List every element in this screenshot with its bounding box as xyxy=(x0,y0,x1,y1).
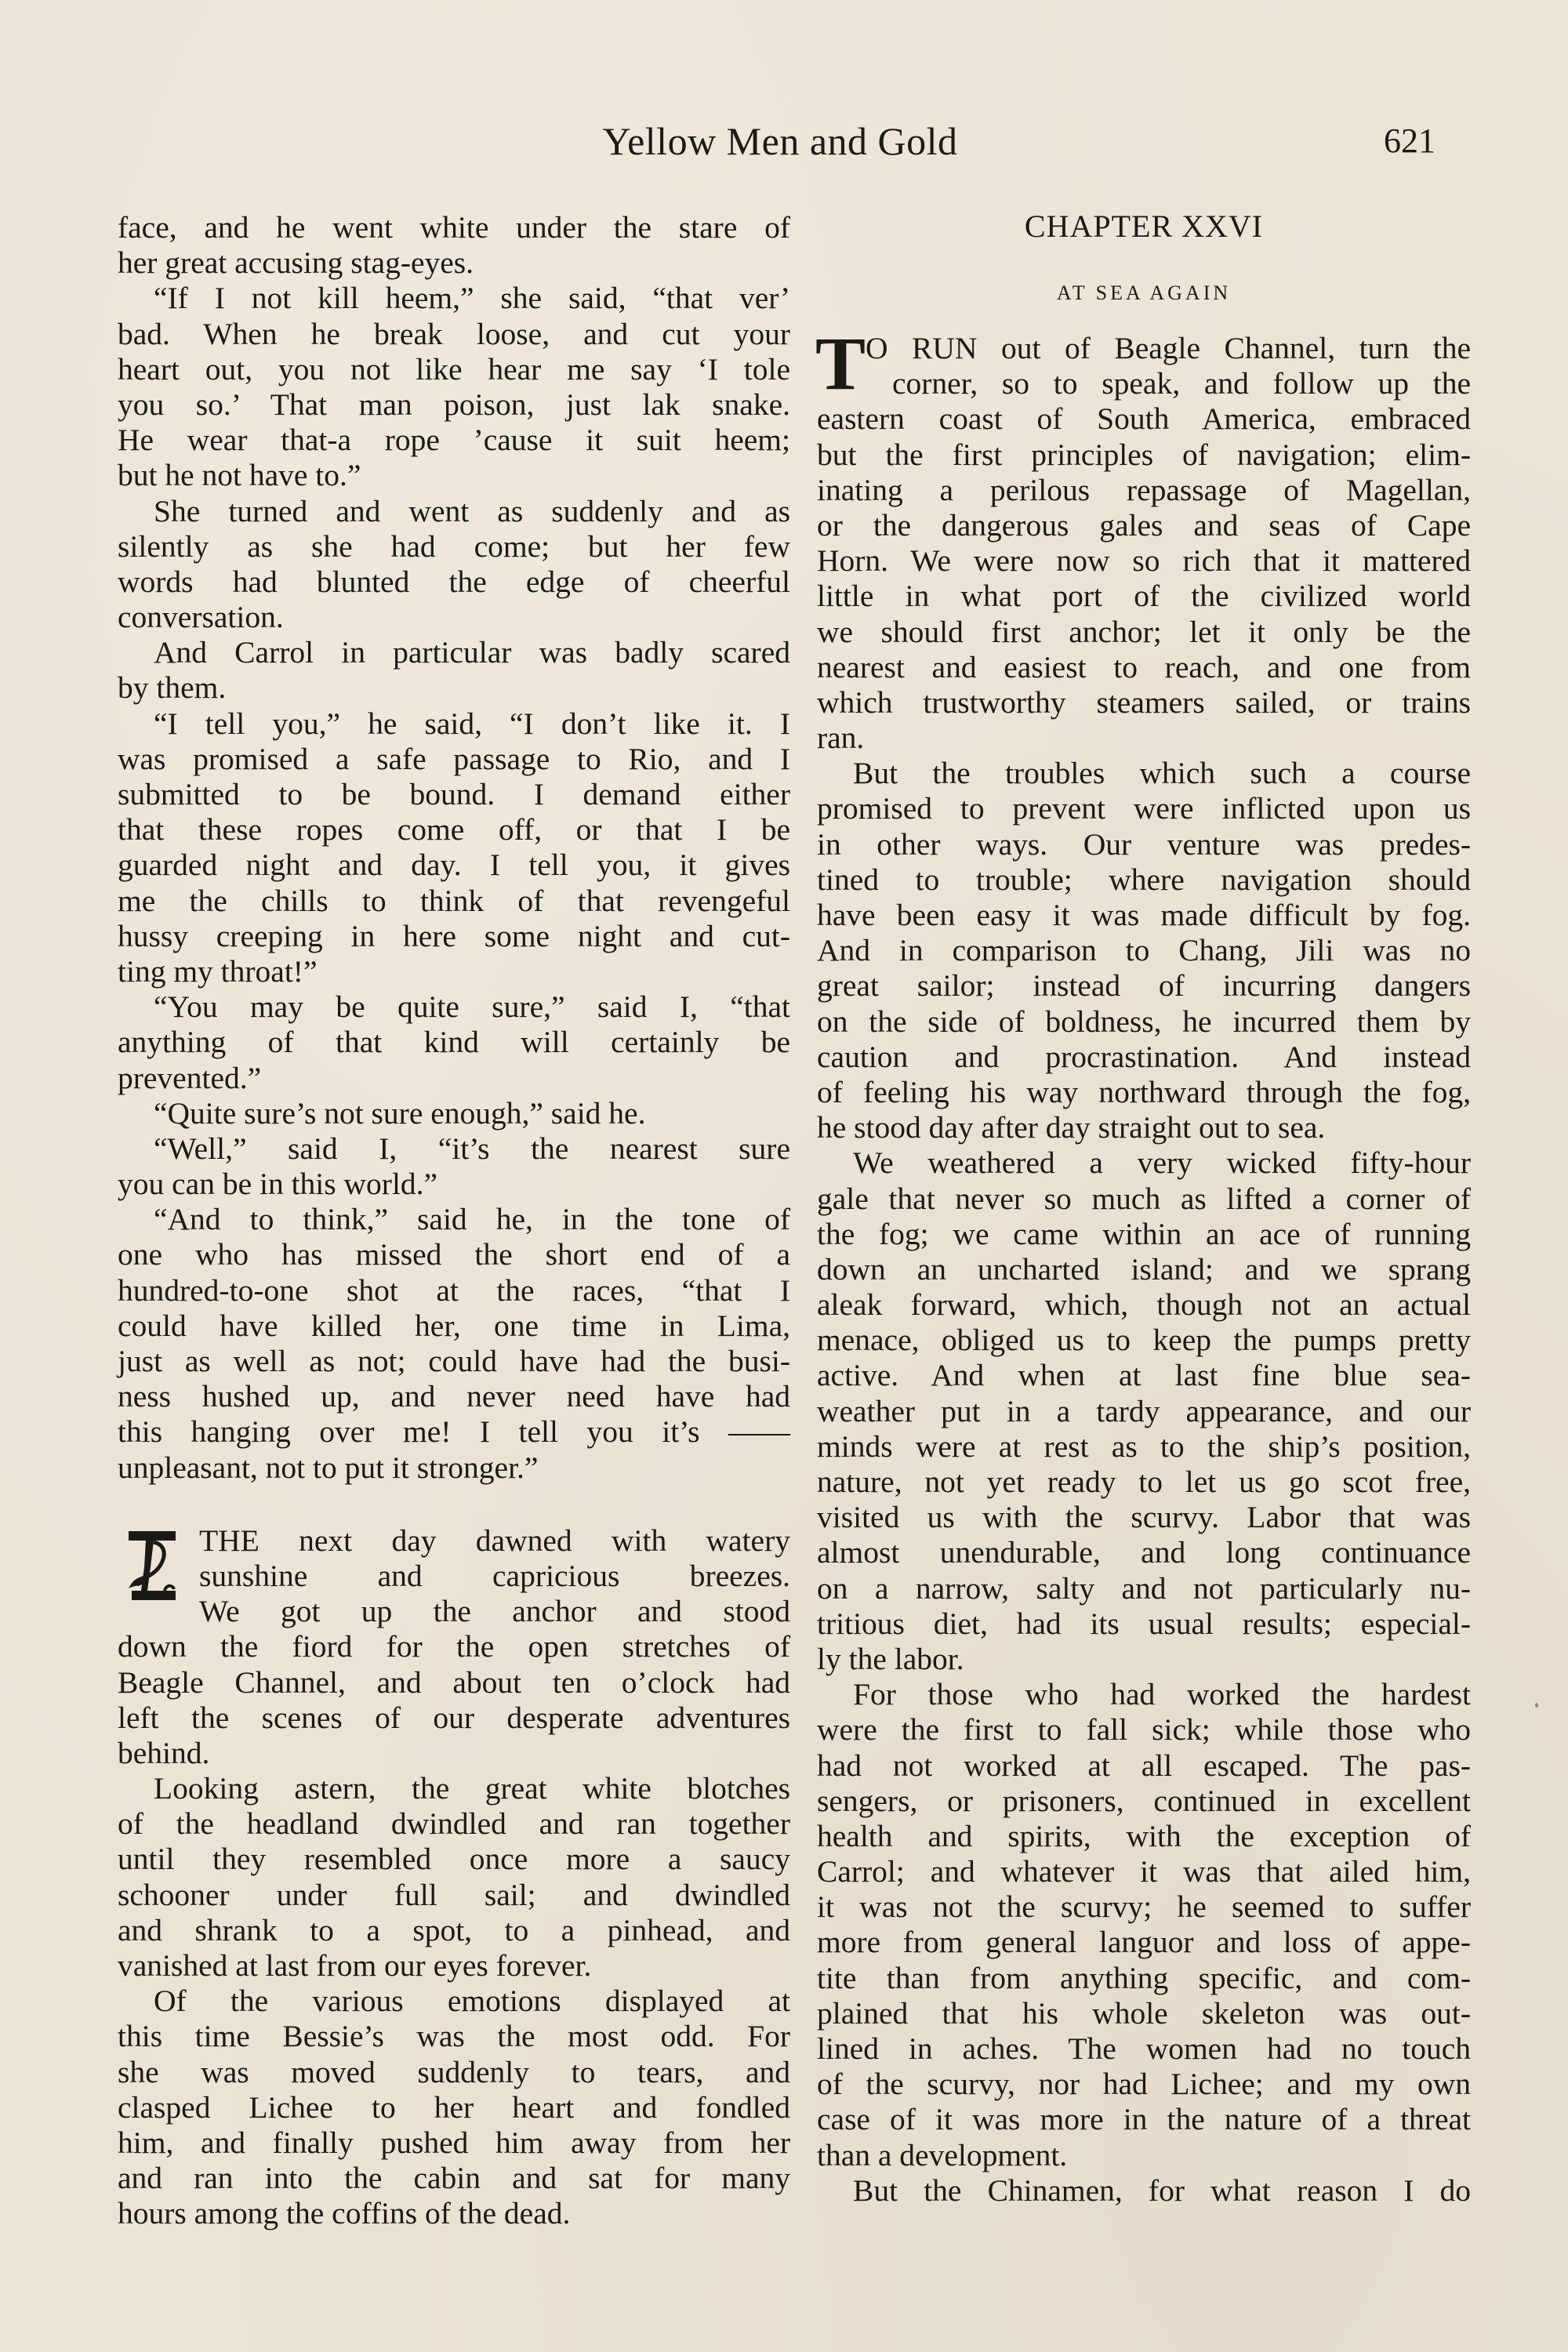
text-line: silently as she had come; but her few xyxy=(118,529,790,564)
text-line: down an uncharted island; and we sprang xyxy=(817,1252,1471,1287)
text-line: guarded night and day. I tell you, it gi… xyxy=(118,848,790,883)
text-line: And Carrol in particular was badly scare… xyxy=(118,635,790,670)
page-number: 621 xyxy=(1384,118,1436,165)
text-line: She turned and went as suddenly and as xyxy=(118,494,790,529)
text-line: Horn. We were now so rich that it matter… xyxy=(817,543,1471,579)
text-line: But the troubles which such a course xyxy=(817,756,1471,791)
text-line: sengers, or prisoners, continued in exce… xyxy=(817,1784,1471,1819)
text-line: But the Chinamen, for what reason I do xyxy=(817,2173,1471,2209)
text-line: words had blunted the edge of cheerful xyxy=(118,564,790,600)
text-line: plained that his whole skeleton was out- xyxy=(817,1996,1471,2031)
text-line: sunshine and capricious breezes. xyxy=(118,1559,790,1594)
text-line: until they resembled once more a saucy xyxy=(118,1842,790,1877)
text-line: health and spirits, with the exception o… xyxy=(817,1819,1471,1854)
text-line: on the side of boldness, he incurred the… xyxy=(817,1004,1471,1040)
text-line: just as well as not; could have had the … xyxy=(118,1344,790,1379)
text-line: had not worked at all escaped. The pas- xyxy=(817,1748,1471,1784)
text-line: she was moved suddenly to tears, and xyxy=(118,2055,790,2090)
text-line: he stood day after day straight out to s… xyxy=(817,1110,1471,1145)
text-line: prevented.” xyxy=(118,1061,790,1096)
text-line: clasped Lichee to her heart and fondled xyxy=(118,2090,790,2125)
text-line: Carrol; and whatever it was that ailed h… xyxy=(817,1854,1471,1889)
text-line: ting my throat!” xyxy=(118,954,790,989)
text-line: visited us with the scurvy. Labor that w… xyxy=(817,1500,1471,1535)
text-line: behind. xyxy=(118,1736,790,1771)
left-column: face, and he went white under the stare … xyxy=(118,210,790,2232)
text-line: could have killed her, one time in Lima, xyxy=(118,1308,790,1344)
chapter-heading: CHAPTER XXVI xyxy=(817,207,1471,246)
text-line: down the fiord for the open stretches of xyxy=(118,1629,790,1664)
text-line: little in what port of the civilized wor… xyxy=(817,579,1471,614)
chapter-opening-paragraph: T O RUN out of Beagle Channel, turn the … xyxy=(817,331,1471,756)
text-line: For those who had worked the hardest xyxy=(817,1677,1471,1712)
text-line: and ran into the cabin and sat for many xyxy=(118,2161,790,2196)
text-line: of the headland dwindled and ran togethe… xyxy=(118,1806,790,1842)
text-line: of the scurvy, nor had Lichee; and my ow… xyxy=(817,2067,1471,2102)
text-line: hussy creeping in here some night and cu… xyxy=(118,919,790,954)
text-line: inating a perilous repassage of Magellan… xyxy=(817,473,1471,508)
text-line: this hanging over me! I tell you it’s —— xyxy=(118,1414,790,1450)
text-line: it was not the scurvy; he seemed to suff… xyxy=(817,1889,1471,1925)
text-line: this time Bessie’s was the most odd. For xyxy=(118,2019,790,2054)
text-line: and shrank to a spot, to a pinhead, and xyxy=(118,1913,790,1948)
text-line: that these ropes come off, or that I be xyxy=(118,812,790,848)
text-line: hours among the coffins of the dead. xyxy=(118,2196,790,2231)
text-line: promised to prevent were inflicted upon … xyxy=(817,791,1471,826)
text-line: We weathered a very wicked fifty-hour xyxy=(817,1145,1471,1181)
text-line: or the dangerous gales and seas of Cape xyxy=(817,508,1471,543)
text-line: more from general languor and loss of ap… xyxy=(817,1925,1471,1960)
text-line: THE next day dawned with watery xyxy=(118,1523,790,1559)
text-line: “You may be quite sure,” said I, “that xyxy=(118,989,790,1025)
text-line: great sailor; instead of incurring dange… xyxy=(817,968,1471,1004)
book-page: Yellow Men and Gold 621 face, and he wen… xyxy=(0,0,1568,2352)
text-line: menace, obliged us to keep the pumps pre… xyxy=(817,1323,1471,1358)
text-line: bad. When he break loose, and cut your xyxy=(118,317,790,352)
text-line: tritious diet, had its usual results; es… xyxy=(817,1606,1471,1642)
text-line: nearest and easiest to reach, and one fr… xyxy=(817,650,1471,685)
text-line: left the scenes of our desperate adventu… xyxy=(118,1700,790,1736)
text-line: on a narrow, salty and not particularly … xyxy=(817,1571,1471,1606)
text-line: conversation. xyxy=(118,600,790,635)
text-line: the fog; we came within an ace of runnin… xyxy=(817,1217,1471,1252)
drop-cap: T xyxy=(815,332,866,395)
text-line: hundred-to-one shot at the races, “that … xyxy=(118,1273,790,1308)
text-line: of feeling his way northward through the… xyxy=(817,1075,1471,1110)
text-line: we should first anchor; let it only be t… xyxy=(817,615,1471,650)
text-line: active. And when at last fine blue sea- xyxy=(817,1358,1471,1393)
text-line: submitted to be bound. I demand either xyxy=(118,777,790,812)
text-line: Beagle Channel, and about ten o’clock ha… xyxy=(118,1665,790,1700)
text-line: Looking astern, the great white blotches xyxy=(118,1771,790,1806)
text-line: minds were at rest as to the ship’s posi… xyxy=(817,1429,1471,1465)
text-line: “And to think,” said he, in the tone of xyxy=(118,1202,790,1237)
text-line: “I tell you,” he said, “I don’t like it.… xyxy=(118,706,790,742)
text-line: tite than from anything specific, and co… xyxy=(817,1961,1471,1996)
section-break xyxy=(118,1486,790,1523)
text-line: schooner under full sail; and dwindled xyxy=(118,1878,790,1913)
text-line: corner, so to speak, and follow up the xyxy=(817,366,1471,401)
text-line: weather put in a tardy appearance, and o… xyxy=(817,1394,1471,1429)
text-line: tined to trouble; where navigation shoul… xyxy=(817,862,1471,898)
text-line: her great accusing stag-eyes. xyxy=(118,245,790,281)
text-line: almost unendurable, and long continuance xyxy=(817,1535,1471,1570)
text-line: anything of that kind will certainly be xyxy=(118,1025,790,1060)
section-two-paragraph: THE next day dawned with watery sunshine… xyxy=(118,1523,790,2232)
text-line: have been easy it was made difficult by … xyxy=(817,898,1471,933)
text-line: case of it was more in the nature of a t… xyxy=(817,2102,1471,2137)
text-line: O RUN out of Beagle Channel, turn the xyxy=(817,331,1471,366)
text-line: in other ways. Our venture was predes- xyxy=(817,827,1471,862)
running-title: Yellow Men and Gold xyxy=(561,118,1000,165)
text-line: lined in aches. The women had no touch xyxy=(817,2031,1471,2067)
text-line: but he not have to.” xyxy=(118,458,790,493)
text-line: heart out, you not like hear me say ‘I t… xyxy=(118,352,790,387)
text-line: was promised a safe passage to Rio, and … xyxy=(118,742,790,777)
text-line: ran. xyxy=(817,720,1471,756)
ornamental-initial-icon xyxy=(127,1528,177,1603)
text-line: nature, not yet ready to let us go scot … xyxy=(817,1465,1471,1500)
text-line: vanished at last from our eyes forever. xyxy=(118,1948,790,1984)
text-line: you so.’ That man poison, just lak snake… xyxy=(118,387,790,423)
text-line: ness hushed up, and never need have had xyxy=(118,1379,790,1414)
text-line: by them. xyxy=(118,670,790,706)
text-line: eastern coast of South America, embraced xyxy=(817,401,1471,437)
text-line: unpleasant, not to put it stronger.” xyxy=(118,1450,790,1486)
text-line: “Well,” said I, “it’s the nearest sure xyxy=(118,1131,790,1167)
text-line: caution and procrastination. And instead xyxy=(817,1040,1471,1075)
text-line: me the chills to think of that revengefu… xyxy=(118,884,790,919)
text-line: him, and finally pushed him away from he… xyxy=(118,2125,790,2161)
right-column: CHAPTER XXVI AT SEA AGAIN T O RUN out of… xyxy=(817,210,1471,2209)
chapter-subtitle: AT SEA AGAIN xyxy=(817,278,1471,309)
text-line: We got up the anchor and stood xyxy=(118,1594,790,1629)
text-line: “If I not kill heem,” she said, “that ve… xyxy=(118,281,790,316)
text-line: were the first to fall sick; while those… xyxy=(817,1712,1471,1748)
text-line: ly the labor. xyxy=(817,1642,1471,1677)
running-head: Yellow Men and Gold 621 xyxy=(0,118,1568,165)
text-line: but the first principles of navigation; … xyxy=(817,437,1471,473)
text-line: than a development. xyxy=(817,2138,1471,2173)
paper-speck xyxy=(1535,1703,1538,1708)
text-line: you can be in this world.” xyxy=(118,1167,790,1202)
text-line: aleak forward, which, though not an actu… xyxy=(817,1287,1471,1323)
text-line: Of the various emotions displayed at xyxy=(118,1984,790,2019)
text-line: one who has missed the short end of a xyxy=(118,1237,790,1272)
text-line: He wear that-a rope ’cause it suit heem; xyxy=(118,423,790,458)
text-line: And in comparison to Chang, Jili was no xyxy=(817,933,1471,968)
text-line: “Quite sure’s not sure enough,” said he. xyxy=(118,1096,790,1131)
text-line: which trustworthy steamers sailed, or tr… xyxy=(817,685,1471,720)
text-line: gale that never so much as lifted a corn… xyxy=(817,1181,1471,1217)
text-line: face, and he went white under the stare … xyxy=(118,210,790,245)
